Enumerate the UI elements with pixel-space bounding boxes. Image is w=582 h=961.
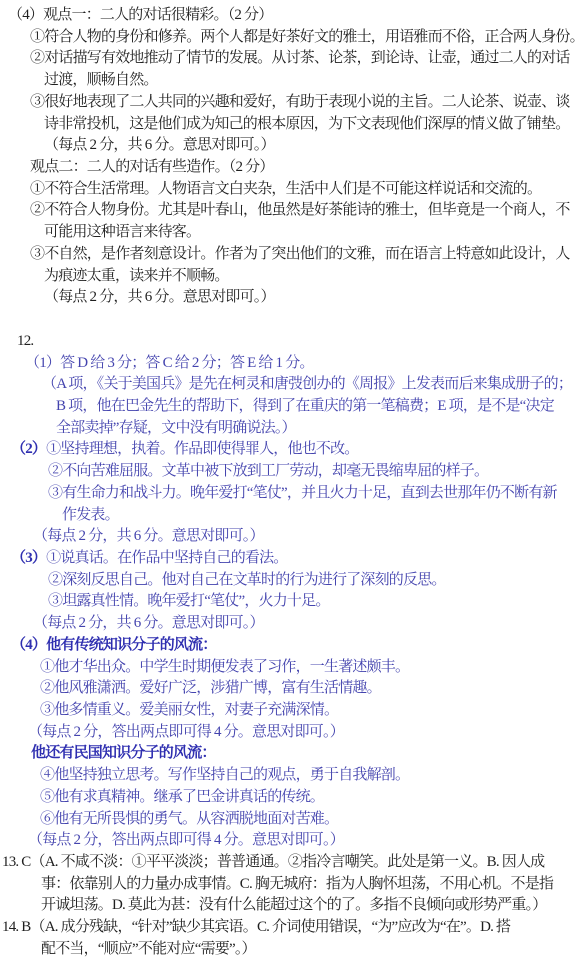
text-run: ①坚持理想，执着。作品即使得罪人，他也不改。 <box>46 441 358 457</box>
text-run: 全部卖掉”存疑，文中没有明确说法。） <box>56 420 296 436</box>
text-run: ③有生命力和战斗力。晚年爱打“笔仗”，并且火力十足，直到去世那年仍不断有新 <box>48 485 557 501</box>
text-run: （每点 2 分，共 6 分。意思对即可。） <box>33 528 264 544</box>
text-line: 他还有民国知识分子的风流： <box>0 743 582 765</box>
text-run: （4）观点一：二人的对话很精彩。（2 分） <box>8 7 272 23</box>
text-run: 开诚坦荡。D. 莫此为甚：没有什么能超过这个的了。多指不良倾向或形势严重。） <box>41 897 546 913</box>
answer-text-block: （4）观点一：二人的对话很精彩。（2 分）①符合人物的身份和修养。两个人都是好茶… <box>0 5 582 961</box>
text-run: （1）答 D 给 3 分；答 C 给 2 分；答 E 给 1 分。 <box>25 355 314 371</box>
text-line: 14. B（A. 成分残缺，“针对”缺少其宾语。C. 介词使用错误，“为”应改为… <box>0 917 582 939</box>
text-run: 可能用这种语言来待客。 <box>44 224 200 240</box>
text-run: ②不符合人物身份。尤其是叶春山，他虽然是好茶能诗的雅士，但毕竟是一个商人，不 <box>30 202 570 218</box>
text-run: （3） <box>11 550 46 566</box>
text-run: ①符合人物的身份和修养。两个人都是好茶好文的雅士，用语雅而不俗，正合两人身份。 <box>30 29 582 45</box>
text-line: ⑥他有无所畏惧的勇气。从容洒脱地面对苦难。 <box>0 809 582 831</box>
text-line: （每点 2 分，共 6 分。意思对即可。） <box>0 526 582 548</box>
text-run: ③不自然，是作者刻意设计。作者为了突出他们的文雅，而在语言上特意如此设计，人 <box>30 246 570 262</box>
text-run: （2） <box>11 441 46 457</box>
text-run: ①他才华出众。中学生时期便发表了习作，一生著述颇丰。 <box>40 659 409 675</box>
text-run: 配不当，“顺应”不能对应“需要”。） <box>41 941 256 957</box>
text-line: 全部卖掉”存疑，文中没有明确说法。） <box>0 418 582 440</box>
text-run: （A 项，《关于美国兵》是先在柯灵和唐弢创办的《周报》上发表而后来集成册子的； <box>42 376 572 392</box>
text-run: （每点 2 分，共 6 分。意思对即可。） <box>44 137 275 153</box>
text-run: 12. <box>17 333 33 349</box>
text-line: （3）①说真话。在作品中坚持自己的看法。 <box>0 548 582 570</box>
answer-key-page: （4）观点一：二人的对话很精彩。（2 分）①符合人物的身份和修养。两个人都是好茶… <box>0 0 582 961</box>
text-run: ④他坚持独立思考。写作坚持自己的观点，勇于自我解剖。 <box>40 767 409 783</box>
text-line: ③很好地表现了二人共同的兴趣和爱好，有助于表现小说的主旨。二人论茶、说壶、谈 <box>0 92 582 114</box>
text-run: ③坦露真性情。晚年爱打“笔仗”，火力十足。 <box>48 593 330 609</box>
text-run: ③他多情重义。爱美丽女性，对妻子充满深情。 <box>40 702 338 718</box>
text-run: ②他风雅潇洒。爱好广泛，涉猎广博，富有生活情趣。 <box>40 680 381 696</box>
text-run: 13. C（A. 不咸不淡：①平平淡淡；普普通通。②指冷言嘲笑。此处是第一义。B… <box>2 854 544 870</box>
text-run: （每点 2 分，共 6 分。意思对即可。） <box>33 615 264 631</box>
text-line: （A 项，《关于美国兵》是先在柯灵和唐弢创办的《周报》上发表而后来集成册子的； <box>0 374 582 396</box>
text-run: 作发表。 <box>62 507 119 523</box>
text-line: 配不当，“顺应”不能对应“需要”。） <box>0 939 582 961</box>
text-line: 12. <box>0 331 582 353</box>
text-line: 事：依靠别人的力量办成事情。C. 胸无城府：指为人胸怀坦荡，不用心机。不是指 <box>0 874 582 896</box>
text-run: （4）他有传统知识分子的风流： <box>11 637 217 653</box>
text-run: （每点 2 分，答出两点即可得 4 分。意思对即可。） <box>28 832 344 848</box>
text-line: （4）观点一：二人的对话很精彩。（2 分） <box>0 5 582 27</box>
text-line: （4）他有传统知识分子的风流： <box>0 635 582 657</box>
text-line: ②对话描写有效地推动了情节的发展。从讨茶、论茶，到论诗、让壶，通过二人的对话 <box>0 48 582 70</box>
text-line: ②不符合人物身份。尤其是叶春山，他虽然是好茶能诗的雅士，但毕竟是一个商人，不 <box>0 200 582 222</box>
text-run: ②不向苦难屈服。文革中被下放到工厂劳动，却毫无畏缩卑屈的样子。 <box>48 463 488 479</box>
text-line: ③有生命力和战斗力。晚年爱打“笔仗”，并且火力十足，直到去世那年仍不断有新 <box>0 483 582 505</box>
text-run: ②对话描写有效地推动了情节的发展。从讨茶、论茶，到论诗、让壶，通过二人的对话 <box>30 50 570 66</box>
text-run: ①说真话。在作品中坚持自己的看法。 <box>46 550 287 566</box>
text-line: ②他风雅潇洒。爱好广泛，涉猎广博，富有生活情趣。 <box>0 678 582 700</box>
text-line: ②不向苦难屈服。文革中被下放到工厂劳动，却毫无畏缩卑屈的样子。 <box>0 461 582 483</box>
text-line: 可能用这种语言来待客。 <box>0 222 582 244</box>
text-run: 诗非常投机，这是他们成为知己的根本原因，为下文表现他们深厚的情义做了铺垫。 <box>44 116 569 132</box>
text-run: ②深刻反思自己。他对自己在文革时的行为进行了深刻的反思。 <box>48 572 446 588</box>
text-line: ①符合人物的身份和修养。两个人都是好茶好文的雅士，用语雅而不俗，正合两人身份。 <box>0 27 582 49</box>
text-line: （每点 2 分，答出两点即可得 4 分。意思对即可。） <box>0 722 582 744</box>
text-line: ③不自然，是作者刻意设计。作者为了突出他们的文雅，而在语言上特意如此设计，人 <box>0 244 582 266</box>
text-line: ④他坚持独立思考。写作坚持自己的观点，勇于自我解剖。 <box>0 765 582 787</box>
text-line: 诗非常投机，这是他们成为知己的根本原因，为下文表现他们深厚的情义做了铺垫。 <box>0 114 582 136</box>
text-line: 13. C（A. 不咸不淡：①平平淡淡；普普通通。②指冷言嘲笑。此处是第一义。B… <box>0 852 582 874</box>
text-line: ③他多情重义。爱美丽女性，对妻子充满深情。 <box>0 700 582 722</box>
text-run: 14. B（A. 成分残缺，“针对”缺少其宾语。C. 介词使用错误，“为”应改为… <box>2 919 510 935</box>
text-line: ②深刻反思自己。他对自己在文革时的行为进行了深刻的反思。 <box>0 570 582 592</box>
text-run: 他还有民国知识分子的风流： <box>31 745 216 761</box>
text-line: （每点 2 分，共 6 分。意思对即可。） <box>0 287 582 309</box>
text-line: 为痕迹太重，读来并不顺畅。 <box>0 266 582 288</box>
text-line: 过渡，顺畅自然。 <box>0 70 582 92</box>
text-line <box>0 309 582 331</box>
text-line: 观点二：二人的对话有些造作。（2 分） <box>0 157 582 179</box>
text-line: B 项，他在巴金先生的帮助下，得到了在重庆的第一笔稿费；E 项，是不是“决定 <box>0 396 582 418</box>
text-run: ③很好地表现了二人共同的兴趣和爱好，有助于表现小说的主旨。二人论茶、说壶、谈 <box>30 94 570 110</box>
text-run: ①不符合生活常理。人物语言文白夹杂，生活中人们是不可能这样说话和交流的。 <box>30 181 541 197</box>
text-run: ⑤他有求真精神。继承了巴金讲真话的传统。 <box>40 789 324 805</box>
text-line: （1）答 D 给 3 分；答 C 给 2 分；答 E 给 1 分。 <box>0 353 582 375</box>
text-line: 开诚坦荡。D. 莫此为甚：没有什么能超过这个的了。多指不良倾向或形势严重。） <box>0 895 582 917</box>
text-line: ①不符合生活常理。人物语言文白夹杂，生活中人们是不可能这样说话和交流的。 <box>0 179 582 201</box>
text-line: （每点 2 分，共 6 分。意思对即可。） <box>0 135 582 157</box>
text-run: 为痕迹太重，读来并不顺畅。 <box>44 268 229 284</box>
text-run: B 项，他在巴金先生的帮助下，得到了在重庆的第一笔稿费；E 项，是不是“决定 <box>56 398 554 414</box>
text-run: （每点 2 分，答出两点即可得 4 分。意思对即可。） <box>28 724 344 740</box>
text-run: （每点 2 分，共 6 分。意思对即可。） <box>44 289 275 305</box>
text-line: （2）①坚持理想，执着。作品即使得罪人，他也不改。 <box>0 439 582 461</box>
text-line: （每点 2 分，共 6 分。意思对即可。） <box>0 613 582 635</box>
text-line: ①他才华出众。中学生时期便发表了习作，一生著述颇丰。 <box>0 657 582 679</box>
text-line: ⑤他有求真精神。继承了巴金讲真话的传统。 <box>0 787 582 809</box>
text-run: 过渡，顺畅自然。 <box>44 72 158 88</box>
text-run: ⑥他有无所畏惧的勇气。从容洒脱地面对苦难。 <box>40 811 338 827</box>
text-line: ③坦露真性情。晚年爱打“笔仗”，火力十足。 <box>0 591 582 613</box>
text-line: 作发表。 <box>0 505 582 527</box>
text-line: （每点 2 分，答出两点即可得 4 分。意思对即可。） <box>0 830 582 852</box>
text-run: 事：依靠别人的力量办成事情。C. 胸无城府：指为人胸怀坦荡，不用心机。不是指 <box>41 876 553 892</box>
text-run: 观点二：二人的对话有些造作。（2 分） <box>30 159 274 175</box>
